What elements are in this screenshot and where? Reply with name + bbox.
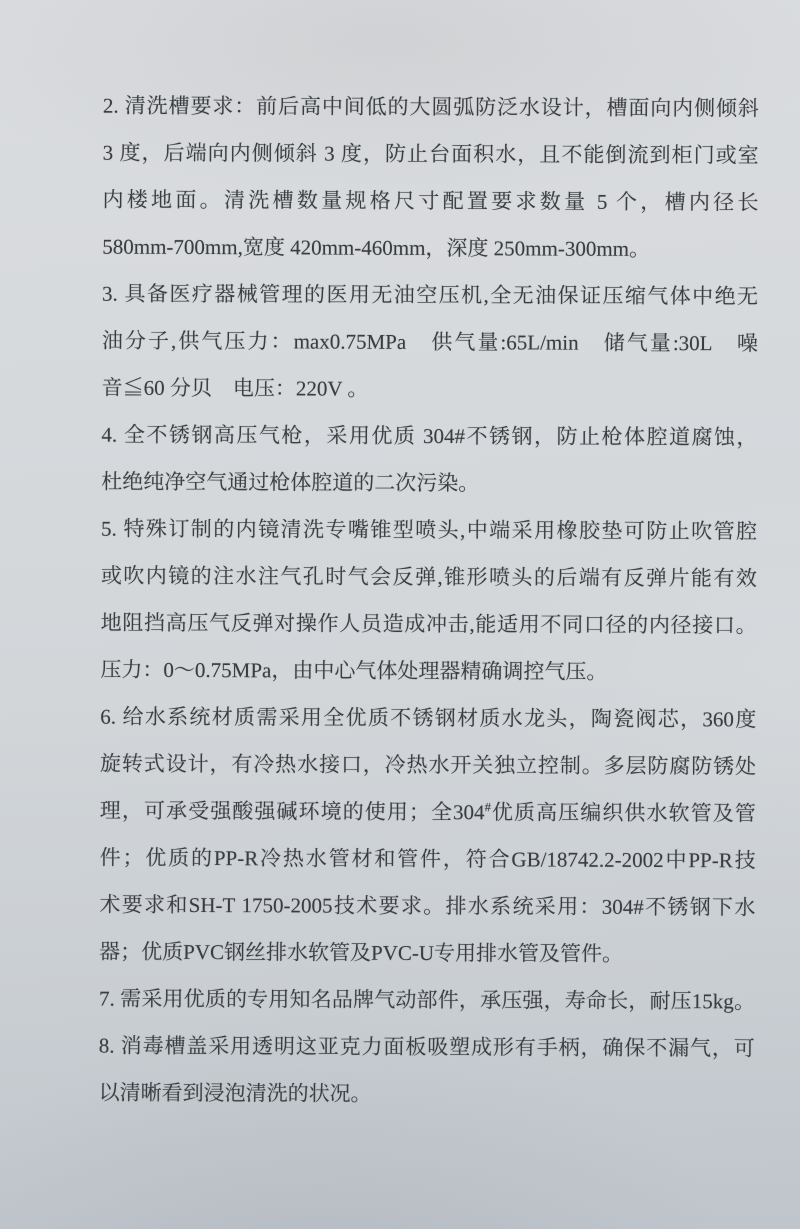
text-line: 7. 需采用优质的专用知名品牌气动部件，承压强，寿命长，耐压15kg。	[99, 976, 755, 1026]
text-line: 3 度，后端向内侧倾斜 3 度，防止台面积水，且不能倒流到柜门或室	[103, 130, 759, 180]
text-segment: 理，可承受强酸强碱环境的使用；全304	[100, 799, 485, 825]
paragraph-3: 3. 具备医疗器械管理的医用无油空压机,全无油保证压缩气体中绝无 油分子,供气压…	[102, 271, 759, 415]
text-line: 4. 全不锈钢高压气枪，采用优质 304#不锈钢，防止枪体腔道腐蚀，	[101, 412, 757, 462]
paragraph-4: 4. 全不锈钢高压气枪，采用优质 304#不锈钢，防止枪体腔道腐蚀， 杜绝纯净空…	[101, 412, 757, 509]
text-line: 8. 消毒槽盖采用透明这亚克力面板吸塑成形有手柄，确保不漏气，可	[99, 1023, 755, 1073]
text-line: 理，可承受强酸强碱环境的使用；全304#优质高压编织供水软管及管	[100, 788, 756, 838]
text-line: 以清晰看到浸泡清洗的状况。	[98, 1070, 754, 1120]
text-line: 器；优质PVC钢丝排水软管及PVC-U专用排水管及管件。	[99, 929, 755, 979]
paragraph-8: 8. 消毒槽盖采用透明这亚克力面板吸塑成形有手柄，确保不漏气，可 以清晰看到浸泡…	[98, 1023, 754, 1120]
text-line: 术要求和SH-T 1750-2005技术要求。排水系统采用：304#不锈钢下水	[99, 882, 755, 932]
text-line: 5. 特殊订制的内镜清洗专嘴锥型喷头,中端采用橡胶垫可防止吹管腔	[101, 506, 757, 556]
text-line: 杜绝纯净空气通过枪体腔道的二次污染。	[101, 459, 757, 509]
text-line: 油分子,供气压力：max0.75MPa 供气量:65L/min 储气量:30L …	[102, 318, 758, 368]
text-line: 音≦60 分贝 电压：220V 。	[102, 365, 758, 415]
text-line: 件；优质的PP-R冷热水管材和管件，符合GB/18742.2-2002中PP-R…	[100, 835, 756, 885]
text-line: 3. 具备医疗器械管理的医用无油空压机,全无油保证压缩气体中绝无	[102, 271, 758, 321]
paragraph-6: 6. 给水系统材质需采用全优质不锈钢材质水龙头，陶瓷阀芯，360度 旋转式设计，…	[99, 694, 756, 979]
document-photo: 2. 清洗槽要求：前后高中间低的大圆弧防泛水设计，槽面向内侧倾斜 3 度，后端向…	[0, 0, 800, 1229]
paragraph-2: 2. 清洗槽要求：前后高中间低的大圆弧防泛水设计，槽面向内侧倾斜 3 度，后端向…	[102, 83, 759, 274]
text-line: 2. 清洗槽要求：前后高中间低的大圆弧防泛水设计，槽面向内侧倾斜	[103, 83, 759, 133]
paragraph-7: 7. 需采用优质的专用知名品牌气动部件，承压强，寿命长，耐压15kg。	[99, 976, 755, 1026]
text-line: 内楼地面。清洗槽数量规格尺寸配置要求数量 5 个，槽内径长	[102, 177, 758, 227]
paragraph-5: 5. 特殊订制的内镜清洗专嘴锥型喷头,中端采用橡胶垫可防止吹管腔 或吹内镜的注水…	[100, 506, 757, 697]
text-line: 旋转式设计，有冷热水接口，冷热水开关独立控制。多层防腐防锈处	[100, 741, 756, 791]
document-text-block: 2. 清洗槽要求：前后高中间低的大圆弧防泛水设计，槽面向内侧倾斜 3 度，后端向…	[98, 83, 759, 1120]
text-line: 或吹内镜的注水注气孔时气会反弹,锥形喷头的后端有反弹片能有效	[101, 553, 757, 603]
text-segment: 优质高压编织供水软管及管	[491, 800, 756, 825]
text-line: 压力：0～0.75MPa，由中心气体处理器精确调控气压。	[100, 647, 756, 697]
text-line: 6. 给水系统材质需采用全优质不锈钢材质水龙头，陶瓷阀芯，360度	[100, 694, 756, 744]
text-line: 580mm-700mm,宽度 420mm-460mm，深度 250mm-300m…	[102, 224, 758, 274]
text-line: 地阻挡高压气反弹对操作人员造成冲击,能适用不同口径的内径接口。	[101, 600, 757, 650]
